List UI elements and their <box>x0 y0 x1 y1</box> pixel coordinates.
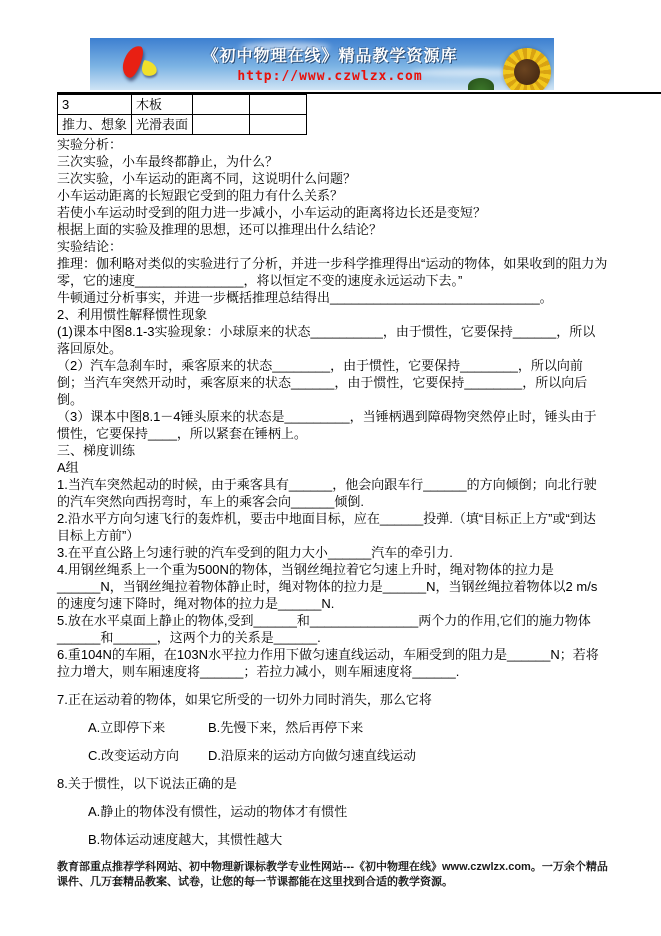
experiment-table-body: 3木板推力、想象光滑表面 <box>58 95 307 135</box>
worksheet-body: 实验分析：三次实验，小车最终都静止，为什么？三次实验，小车运动的距离不同，这说明… <box>57 136 608 848</box>
text-line: 三次实验，小车运动的距离不同，这说明什么问题？ <box>57 170 608 187</box>
site-logo-icon <box>122 45 168 85</box>
text-line: 6.重104N的车厢，在103N水平拉力作用下做匀速直线运动，车厢受到的阻力是_… <box>57 646 608 680</box>
table-cell <box>193 115 250 135</box>
table-cell: 3 <box>58 95 132 115</box>
text-line: A组 <box>57 459 608 476</box>
table-row: 推力、想象光滑表面 <box>58 115 307 135</box>
text-line: 三、梯度训练 <box>57 442 608 459</box>
text-line: A.静止的物体没有惯性，运动的物体才有惯性 <box>57 803 608 820</box>
table-cell: 木板 <box>132 95 193 115</box>
text-line: 5.放在水平桌面上静止的物体,受到______和_______________两… <box>57 612 608 646</box>
banner-text-block: 《初中物理在线》精品教学资源库 http://www.czwlzx.com <box>165 43 495 84</box>
site-banner: 《初中物理在线》精品教学资源库 http://www.czwlzx.com <box>90 38 554 90</box>
text-line: 实验分析： <box>57 136 608 153</box>
text-line: 根据上面的实验及推理的思想，还可以推理出什么结论？ <box>57 221 608 238</box>
experiment-table-section: 3木板推力、想象光滑表面 <box>57 92 661 135</box>
logo-yellow-leaf-icon <box>141 60 158 77</box>
text-line: 7.正在运动着的物体，如果它所受的一切外力同时消失，那么它将 <box>57 691 608 708</box>
choice-option: A.立即停下来 <box>88 719 208 736</box>
site-url[interactable]: http://www.czwlzx.com <box>165 69 495 84</box>
text-line: 2、利用惯性解释惯性现象 <box>57 306 608 323</box>
table-cell <box>250 115 307 135</box>
text-line: 8.关于惯性，以下说法正确的是 <box>57 775 608 792</box>
text-line: 1.当汽车突然起动的时候，由于乘客具有______，他会向跟车行______的方… <box>57 476 608 510</box>
choice-option: B.先慢下来，然后再停下来 <box>208 719 363 736</box>
text-line: 推理：伽利略对类似的实验进行了分析，并进一步科学推理得出“运动的物体，如果收到的… <box>57 255 608 289</box>
footer-note: 教育部重点推荐学科网站、初中物理新课标教学专业性网站---《初中物理在线》www… <box>57 860 614 890</box>
worksheet-page: 《初中物理在线》精品教学资源库 http://www.czwlzx.com 3木… <box>0 0 661 936</box>
choice-row: A.立即停下来B.先慢下来，然后再停下来 <box>57 719 608 736</box>
logo-red-flame-icon <box>120 43 144 79</box>
sunflower-icon <box>503 48 551 90</box>
table-cell <box>250 95 307 115</box>
experiment-table: 3木板推力、想象光滑表面 <box>57 94 307 135</box>
site-title: 《初中物理在线》精品教学资源库 <box>165 43 495 66</box>
text-line: 小车运动距离的长短跟它受到的阻力有什么关系？ <box>57 187 608 204</box>
text-line: （3）课本中图8.1－4锤头原来的状态是_________，当锤柄遇到障碍物突然… <box>57 408 608 442</box>
choice-row: C.改变运动方向D.沿原来的运动方向做匀速直线运动 <box>57 747 608 764</box>
text-line: B.物体运动速度越大，其惯性越大 <box>57 831 608 848</box>
grass-decoration <box>468 78 494 90</box>
text-line: 牛顿通过分析事实，并进一步概括推理总结得出___________________… <box>57 289 608 306</box>
text-line: 实验结论： <box>57 238 608 255</box>
text-line: 若使小车运动时受到的阻力进一步减小，小车运动的距离将边长还是变短？ <box>57 204 608 221</box>
text-line: 3.在平直公路上匀速行驶的汽车受到的阻力大小______汽车的牵引力. <box>57 544 608 561</box>
table-cell: 光滑表面 <box>132 115 193 135</box>
table-cell: 推力、想象 <box>58 115 132 135</box>
text-line: 4.用钢丝绳系上一个重为500N的物体，当钢丝绳拉着它匀速上升时，绳对物体的拉力… <box>57 561 608 612</box>
text-line: （2）汽车急刹车时，乘客原来的状态________，由于惯性，它要保持_____… <box>57 357 608 408</box>
choice-option: C.改变运动方向 <box>88 747 208 764</box>
table-cell <box>193 95 250 115</box>
text-line: (1)课本中图8.1-3实验现象：小球原来的状态__________，由于惯性，… <box>57 323 608 357</box>
choice-option: D.沿原来的运动方向做匀速直线运动 <box>208 747 416 764</box>
text-line: 2.沿水平方向匀速飞行的轰炸机，要击中地面目标，应在______投弹.（填“目标… <box>57 510 608 544</box>
text-line: 三次实验，小车最终都静止，为什么？ <box>57 153 608 170</box>
table-row: 3木板 <box>58 95 307 115</box>
